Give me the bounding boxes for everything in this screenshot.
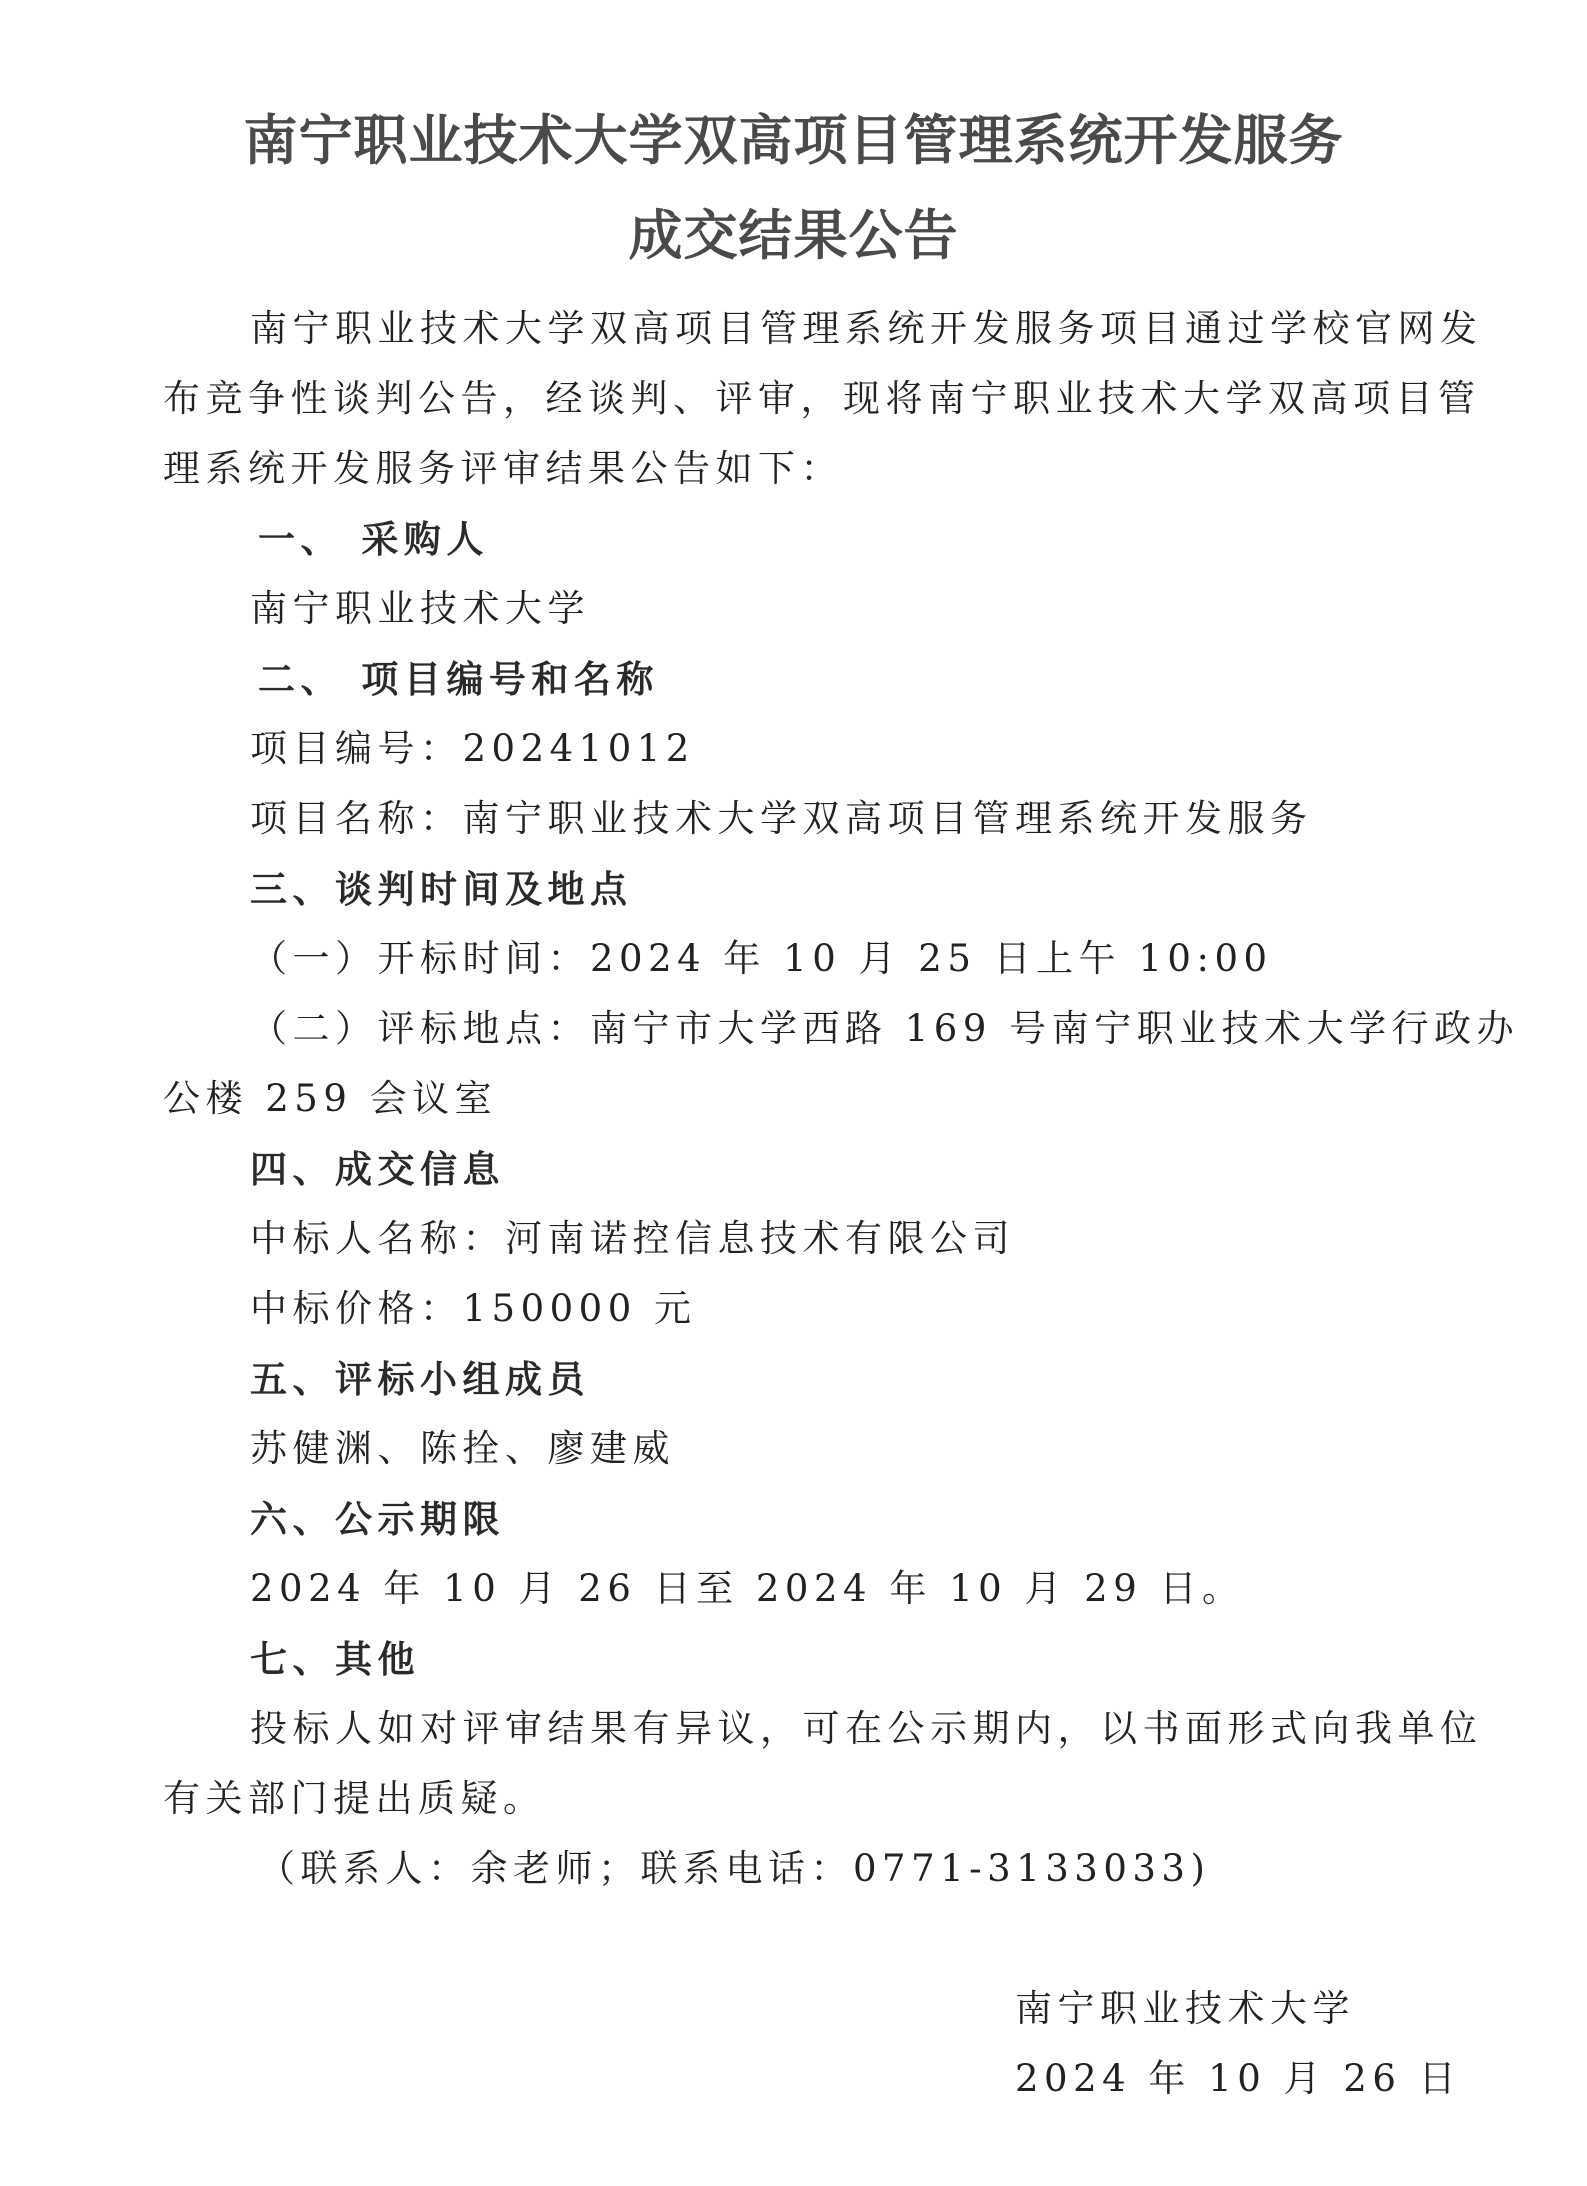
section-6-heading: 六、公示期限 — [250, 1494, 505, 1544]
document-title-line-2: 成交结果公告 — [0, 203, 1587, 267]
panel-members: 苏健渊、陈拴、廖建威 — [250, 1424, 675, 1474]
signature-organization: 南宁职业技术大学 — [1015, 1984, 1355, 2034]
objection-notice-line-2: 有关部门提出质疑。 — [163, 1774, 546, 1824]
section-5-heading: 五、评标小组成员 — [250, 1354, 590, 1404]
winning-bidder: 中标人名称：河南诺控信息技术有限公司 — [250, 1214, 1015, 1264]
section-3-heading: 三、谈判时间及地点 — [250, 864, 633, 914]
signature-date: 2024 年 10 月 26 日 — [1015, 2054, 1461, 2104]
opening-time: （一）开标时间：2024 年 10 月 25 日上午 10:00 — [250, 934, 1273, 984]
winning-price: 中标价格：150000 元 — [250, 1284, 697, 1334]
evaluation-place-line-1: （二）评标地点：南宁市大学西路 169 号南宁职业技术大学行政办 — [250, 1004, 1519, 1054]
intro-paragraph-line-3: 理系统开发服务评审结果公告如下： — [163, 444, 843, 494]
objection-notice-line-1: 投标人如对评审结果有异议，可在公示期内，以书面形式向我单位 — [250, 1704, 1483, 1754]
section-7-heading: 七、其他 — [250, 1634, 420, 1684]
intro-paragraph-line-1: 南宁职业技术大学双高项目管理系统开发服务项目通过学校官网发 — [250, 304, 1483, 354]
project-name: 项目名称：南宁职业技术大学双高项目管理系统开发服务 — [250, 794, 1313, 844]
evaluation-place-line-2: 公楼 259 会议室 — [163, 1074, 497, 1124]
project-number: 项目编号：20241012 — [250, 724, 695, 774]
section-4-heading: 四、成交信息 — [250, 1144, 505, 1194]
contact-info: （联系人：余老师；联系电话：0771-3133033) — [258, 1844, 1210, 1894]
section-2-heading: 二、 项目编号和名称 — [258, 654, 659, 704]
publicity-period: 2024 年 10 月 26 日至 2024 年 10 月 29 日。 — [250, 1564, 1245, 1614]
document-title-line-1: 南宁职业技术大学双高项目管理系统开发服务 — [0, 108, 1587, 172]
intro-paragraph-line-2: 布竞争性谈判公告，经谈判、评审，现将南宁职业技术大学双高项目管 — [163, 374, 1481, 424]
section-1-heading: 一、 采购人 — [258, 514, 489, 564]
purchaser-name: 南宁职业技术大学 — [250, 584, 590, 634]
